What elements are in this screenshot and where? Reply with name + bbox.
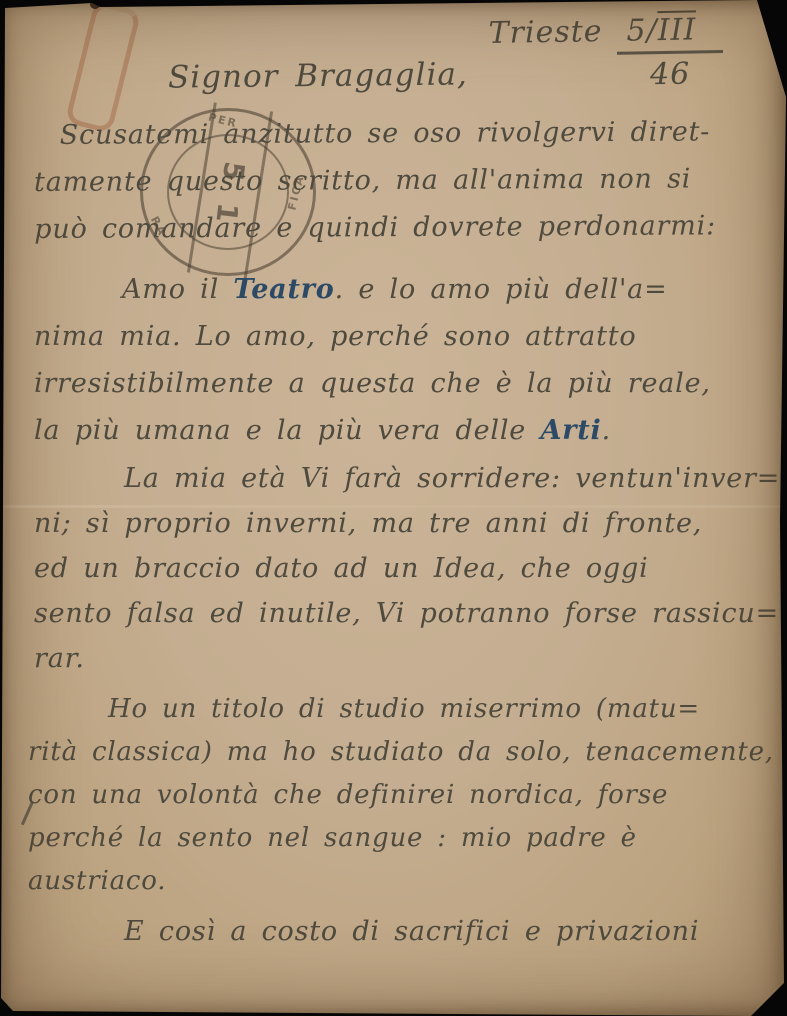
handwritten-line: nima mia. Lo amo, perché sono attratto [34,313,779,360]
paragraph-1: Scusatemi anzitutto se oso rivolgervi di… [34,108,780,253]
dateline-date: 5/III 46 [617,12,724,93]
line-segment: . e lo amo più dell'a= [335,274,668,305]
dateline-year: 46 [650,57,691,93]
paragraph-5: E così a costo di sacrifici e privazioni [34,908,779,955]
handwritten-line: austriaco. [28,860,773,903]
handwritten-line: rità classica) ma ho studiato da solo, t… [28,731,773,774]
handwritten-line: tamente questo scritto, ma all'anima non… [34,155,779,206]
handwritten-line: La mia età Vi farà sorridere: ventun'inv… [34,456,779,501]
handwritten-line: con una volontà che definirei nordica, f… [28,774,773,817]
retouched-word: Teatro [233,274,334,305]
ink-spot [90,0,100,9]
handwritten-line: ed un braccio dato ad un Idea, che oggi [34,546,779,591]
handwritten-line: rar. [34,636,779,681]
handwritten-line: ni; sì proprio inverni, ma tre anni di f… [34,501,779,546]
salutation: Signor Bragaglia, [168,56,468,95]
letter-scan: 5 1 PER FICA RA Trieste 5/III 46 Signor … [0,0,787,1016]
dateline: Trieste 5/III 46 [489,12,724,95]
handwritten-line: sento falsa ed inutile, Vi potranno fors… [34,591,779,636]
handwritten-line: perché la sento nel sangue : mio padre è [28,817,773,860]
dateline-day: 5/ [627,13,659,49]
handwritten-line: Scusatemi anzitutto se oso rivolgervi di… [34,108,779,159]
handwritten-line: irresistibilmente a questa che è la più … [34,360,779,407]
letter-paper: 5 1 PER FICA RA Trieste 5/III 46 Signor … [0,0,787,1016]
retouched-word: Arti [540,415,601,446]
handwritten-line: E così a costo di sacrifici e privazioni [34,908,779,955]
line-segment: la più umana e la più vera delle [34,415,540,446]
line-segment: . [602,415,611,446]
paragraph-3: La mia età Vi farà sorridere: ventun'inv… [34,456,779,681]
dateline-month: III [658,12,697,48]
handwritten-line: la più umana e la più vera delle Arti. [34,407,779,454]
line-segment: Amo il [122,274,233,305]
handwritten-line: può comandare e quindi dovrete perdonarm… [34,202,779,253]
paragraph-4: Ho un titolo di studio miserrimo (matu= … [28,688,773,903]
handwritten-line: Ho un titolo di studio miserrimo (matu= [28,688,773,731]
dateline-place: Trieste [489,14,603,51]
paragraph-2: Amo il Teatro. e lo amo più dell'a= nima… [34,266,779,454]
handwritten-line: Amo il Teatro. e lo amo più dell'a= [34,266,779,313]
